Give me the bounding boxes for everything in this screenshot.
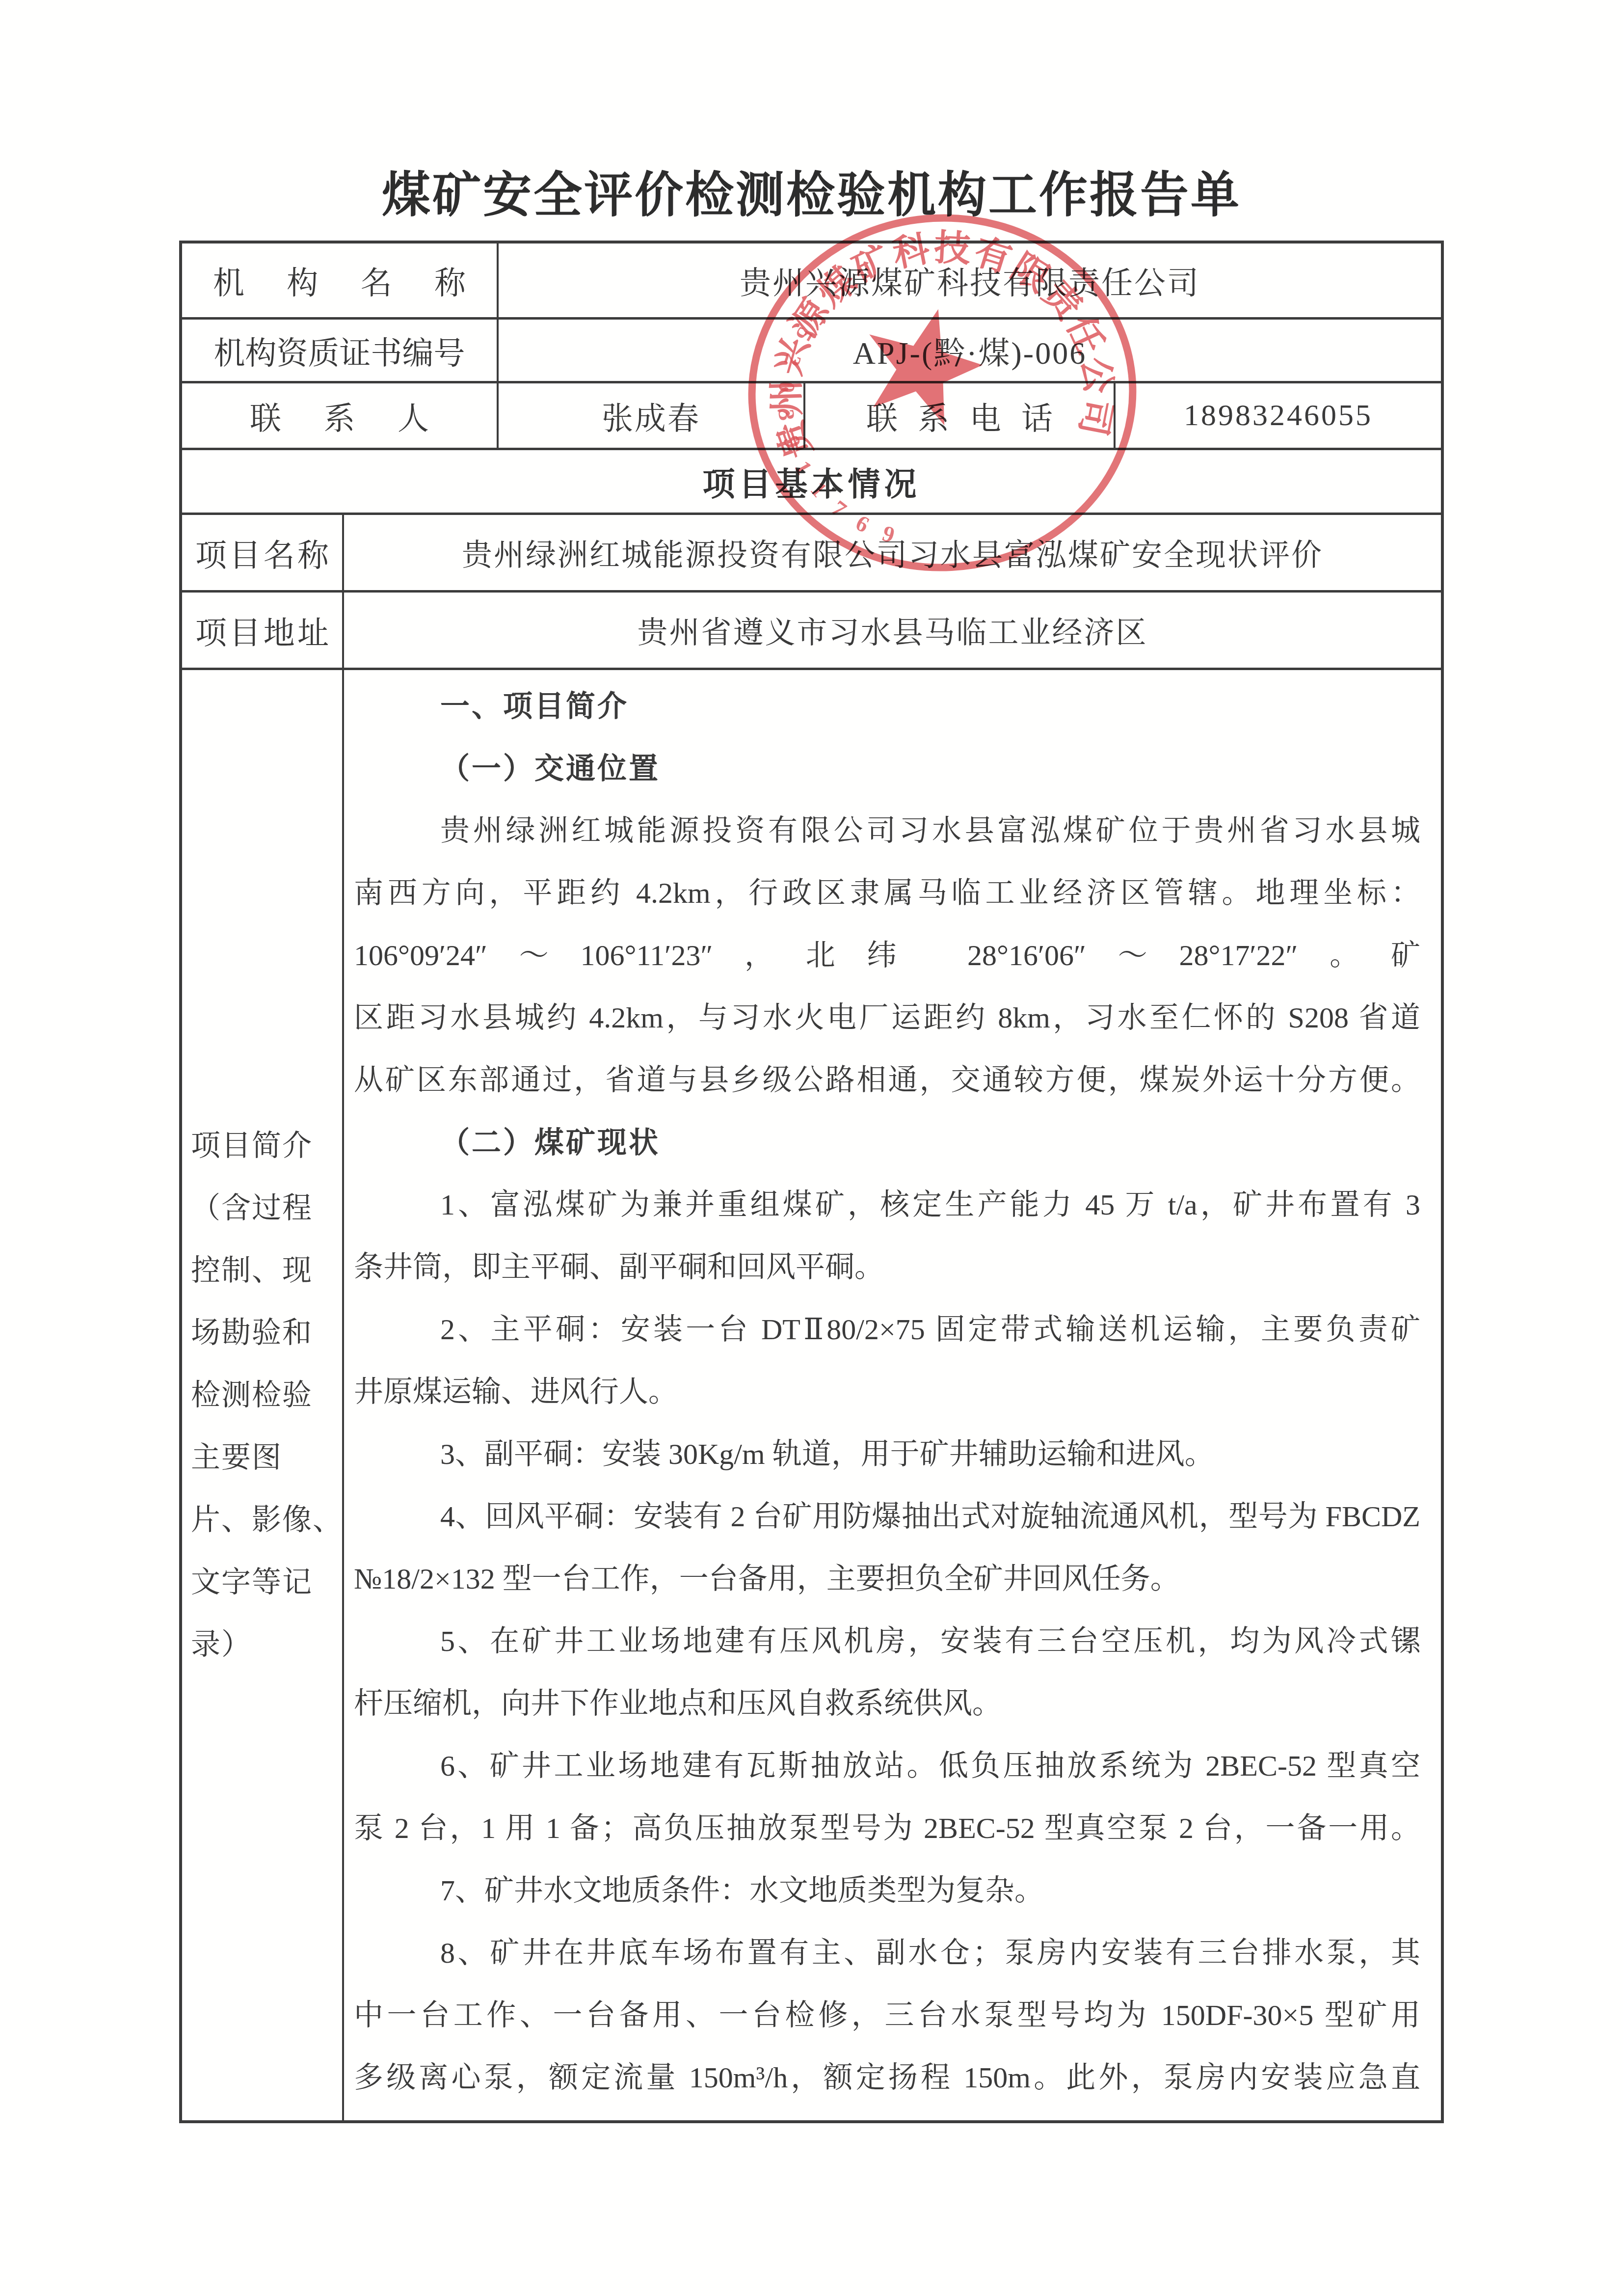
row-project-name: 项目名称 贵州绿洲红城能源投资有限公司习水县富泓煤矿安全现状评价 bbox=[182, 515, 1441, 593]
summary-text-line: 贵州绿洲红城能源投资有限公司习水县富泓煤矿位于贵州省习水县城 bbox=[354, 800, 1420, 862]
summary-text-line: 区距习水县城约 4.2km，与习水火电厂运距约 8km，习水至仁怀的 S208 … bbox=[354, 987, 1420, 1049]
phone-number: 18983246055 bbox=[1184, 398, 1373, 433]
project-address-label: 项目地址 bbox=[195, 608, 329, 653]
row-section-header: 项目基本情况 bbox=[182, 450, 1441, 515]
summary-text-line: 从矿区东部通过，省道与县乡级公路相通，交通较方便，煤炭外运十分方便。 bbox=[354, 1049, 1420, 1111]
section-header: 项目基本情况 bbox=[703, 458, 921, 505]
org-name-value: 贵州兴源煤矿科技有限责任公司 bbox=[740, 258, 1200, 303]
summary-text-line: 106°09′24″～106°11′23″，北纬 28°16′06″～28°17… bbox=[354, 924, 1420, 987]
row-cert-number: 机构资质证书编号 APJ-(黔·煤)-006 bbox=[182, 320, 1441, 383]
contact-label: 联系人 bbox=[250, 393, 429, 438]
report-page: 煤矿安全评价检测检验机构工作报告单 机构名称 贵州兴源煤矿科技有限责任公司 机构… bbox=[0, 0, 1623, 2296]
contact-label-cell: 联系人 bbox=[182, 383, 499, 448]
summary-text-line: （一）交通位置 bbox=[354, 737, 1420, 800]
cert-number-value: APJ-(黔·煤)-006 bbox=[853, 328, 1087, 373]
contact-value-cell: 张成春 bbox=[499, 383, 805, 448]
row-org-name: 机构名称 贵州兴源煤矿科技有限责任公司 bbox=[182, 243, 1441, 320]
summary-label-line: 片、影像、 bbox=[191, 1489, 342, 1551]
summary-text-line: 7、矿井水文地质条件：水文地质类型为复杂。 bbox=[354, 1860, 1420, 1922]
project-address-value-cell: 贵州省遵义市习水县马临工业经济区 bbox=[344, 593, 1441, 668]
summary-text-line: 8、矿井在井底车场布置有主、副水仓；泵房内安装有三台排水泵，其 bbox=[354, 1922, 1420, 1984]
cert-number-value-cell: APJ-(黔·煤)-006 bbox=[499, 320, 1441, 381]
project-name-label-cell: 项目名称 bbox=[182, 515, 344, 590]
summary-label-line: 录） bbox=[191, 1614, 342, 1676]
summary-label-line: 场勘验和 bbox=[191, 1302, 342, 1364]
cert-number-label-cell: 机构资质证书编号 bbox=[182, 320, 499, 381]
org-name-value-cell: 贵州兴源煤矿科技有限责任公司 bbox=[499, 243, 1441, 317]
project-address-label-cell: 项目地址 bbox=[182, 593, 344, 668]
project-address-value: 贵州省遵义市习水县马临工业经济区 bbox=[637, 608, 1147, 652]
contact-name: 张成春 bbox=[602, 393, 700, 438]
summary-text-line: 6、矿井工业场地建有瓦斯抽放站。低负压抽放系统为 2BEC-52 型真空 bbox=[354, 1735, 1420, 1797]
summary-text-line: （二）煤矿现状 bbox=[354, 1111, 1420, 1174]
row-project-address: 项目地址 贵州省遵义市习水县马临工业经济区 bbox=[182, 593, 1441, 670]
summary-label-line: （含过程 bbox=[191, 1177, 342, 1240]
summary-label-line: 项目简介 bbox=[191, 1115, 342, 1177]
summary-body: 一、项目简介（一）交通位置贵州绿洲红城能源投资有限公司习水县富泓煤矿位于贵州省习… bbox=[344, 670, 1441, 2120]
row-project-summary: 项目简介（含过程控制、现场勘验和检测检验主要图片、影像、文字等记录） 一、项目简… bbox=[182, 670, 1441, 2120]
project-name-label: 项目名称 bbox=[195, 530, 329, 575]
page-title: 煤矿安全评价检测检验机构工作报告单 bbox=[0, 156, 1623, 226]
project-name-value: 贵州绿洲红城能源投资有限公司习水县富泓煤矿安全现状评价 bbox=[462, 531, 1323, 574]
project-name-value-cell: 贵州绿洲红城能源投资有限公司习水县富泓煤矿安全现状评价 bbox=[344, 515, 1441, 590]
section-header-cell: 项目基本情况 bbox=[182, 450, 1441, 513]
summary-label-line: 控制、现 bbox=[191, 1240, 342, 1302]
cert-number-label: 机构资质证书编号 bbox=[214, 328, 465, 373]
summary-text-line: 多级离心泵，额定流量 150m³/h，额定扬程 150m。此外，泵房内安装应急直 bbox=[354, 2047, 1420, 2109]
summary-text-line: 杆压缩机，向井下作业地点和压风自救系统供风。 bbox=[354, 1673, 1420, 1735]
report-table: 机构名称 贵州兴源煤矿科技有限责任公司 机构资质证书编号 APJ-(黔·煤)-0… bbox=[179, 241, 1444, 2123]
row-contact: 联系人 张成春 联系电话 18983246055 bbox=[182, 383, 1441, 450]
summary-text-line: 3、副平硐：安装 30Kg/m 轨道，用于矿井辅助运输和进风。 bbox=[354, 1423, 1420, 1486]
summary-text-line: 2、主平硐：安装一台 DTⅡ80/2×75 固定带式输送机运输，主要负责矿 bbox=[354, 1298, 1420, 1361]
summary-text-line: 井原煤运输、进风行人。 bbox=[354, 1361, 1420, 1423]
summary-label-column: 项目简介（含过程控制、现场勘验和检测检验主要图片、影像、文字等记录） bbox=[182, 670, 344, 2120]
org-name-label: 机构名称 bbox=[213, 258, 466, 303]
phone-label-cell: 联系电话 bbox=[805, 383, 1116, 448]
summary-text-line: №18/2×132 型一台工作，一台备用，主要担负全矿井回风任务。 bbox=[354, 1548, 1420, 1610]
summary-text-line: 1、富泓煤矿为兼并重组煤矿，核定生产能力 45 万 t/a，矿井布置有 3 bbox=[354, 1174, 1420, 1236]
summary-text-line: 4、回风平硐：安装有 2 台矿用防爆抽出式对旋轴流通风机，型号为 FBCDZ bbox=[354, 1486, 1420, 1548]
summary-text-line: 一、项目简介 bbox=[354, 675, 1420, 737]
phone-label: 联系电话 bbox=[866, 393, 1053, 438]
summary-text-line: 条井筒，即主平硐、副平硐和回风平硐。 bbox=[354, 1236, 1420, 1298]
summary-text-line: 南西方向，平距约 4.2km，行政区隶属马临工业经济区管辖。地理坐标： bbox=[354, 862, 1420, 924]
summary-label-line: 主要图 bbox=[191, 1427, 342, 1489]
summary-text-line: 5、在矿井工业场地建有压风机房，安装有三台空压机，均为风冷式镙 bbox=[354, 1610, 1420, 1673]
summary-text-line: 泵 2 台，1 用 1 备；高负压抽放泵型号为 2BEC-52 型真空泵 2 台… bbox=[354, 1797, 1420, 1860]
phone-value-cell: 18983246055 bbox=[1116, 383, 1441, 448]
summary-label-line: 文字等记 bbox=[191, 1551, 342, 1614]
summary-text-line: 中一台工作、一台备用、一台检修，三台水泵型号均为 150DF-30×5 型矿用 bbox=[354, 1984, 1420, 2047]
org-name-label-cell: 机构名称 bbox=[182, 243, 499, 317]
summary-label-line: 检测检验 bbox=[191, 1364, 342, 1427]
